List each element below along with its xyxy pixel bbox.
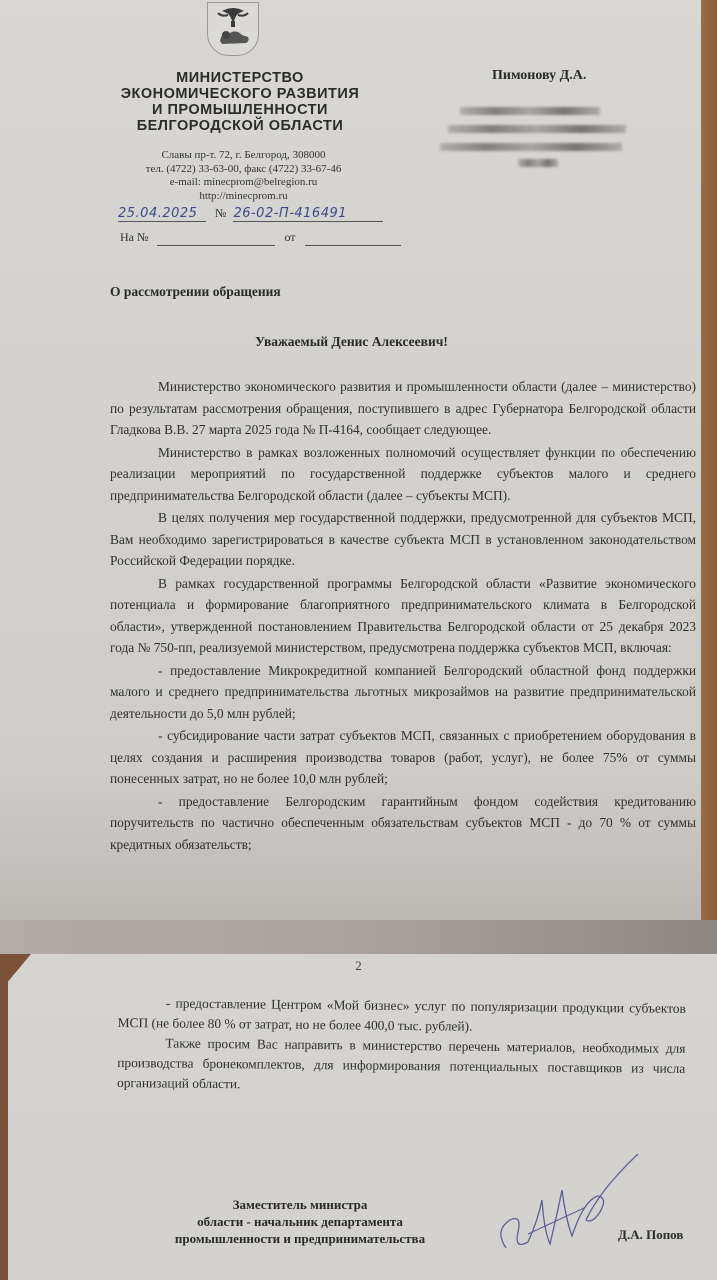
number-label: № [215,206,226,220]
title-line: Заместитель министра [130,1196,470,1213]
page-fold-shadow [0,920,717,954]
ministry-line: БЕЛГОРОДСКОЙ ОБЛАСТИ [106,118,374,134]
paragraph: В целях получения мер государственной по… [110,507,696,572]
reply-to-label: На № [120,230,148,244]
page-number: 2 [0,958,717,974]
letter-body-page-2: - предоставление Центром «Мой бизнес» ус… [117,993,686,1099]
ministry-line: МИНИСТЕРСТВО [106,70,374,86]
from-label: от [284,230,295,244]
redacted-address [440,103,630,167]
wood-surface [701,0,717,930]
reply-reference-line: На № от [120,230,401,246]
handwritten-signature-icon [488,1150,648,1260]
registration-date: 25.04.2025 [118,206,206,222]
paragraph: В рамках государственной программы Белго… [110,573,696,659]
ministry-line: И ПРОМЫШЛЕННОСТИ [106,102,374,118]
list-item: - субсидирование части затрат субъектов … [110,725,696,790]
title-line: области - начальник департамента [130,1213,470,1230]
phone-fax: тел. (4722) 33-63-00, факс (4722) 33-67-… [136,163,351,177]
signer-name: Д.А. Попов [618,1227,683,1243]
registration-number: 26-02-П-416491 [233,206,383,222]
addressee-name: Пимонову Д.А. [492,68,586,84]
paragraph: Министерство экономического развития и п… [110,376,696,441]
letter-body-page-1: Министерство экономического развития и п… [110,376,696,856]
list-item: - предоставление Центром «Мой бизнес» ус… [118,993,686,1039]
letter-subject: О рассмотрении обращения [110,284,281,300]
paragraph: Также просим Вас направить в министерств… [117,1033,686,1099]
ministry-name: МИНИСТЕРСТВО ЭКОНОМИЧЕСКОГО РАЗВИТИЯ И П… [106,70,374,134]
ministry-contacts: Славы пр-т. 72, г. Белгород, 308000 тел.… [136,149,351,203]
list-item: - предоставление Микрокредитной компание… [110,660,696,725]
belgorod-coat-of-arms-icon [207,2,259,56]
wood-surface-left [0,954,8,1280]
email: e-mail: minecprom@belregion.ru [136,176,351,190]
title-line: промышленности и предпринимательства [130,1230,470,1247]
ministry-line: ЭКОНОМИЧЕСКОГО РАЗВИТИЯ [106,86,374,102]
list-item: - предоставление Белгородским гарантийны… [110,791,696,856]
reply-date-blank [305,230,401,246]
paragraph: Министерство в рамках возложенных полном… [110,442,696,507]
registration-line: 25.04.2025 № 26-02-П-416491 [118,206,383,222]
reply-number-blank [157,230,275,246]
greeting: Уважаемый Денис Алексеевич! [0,334,703,350]
address: Славы пр-т. 72, г. Белгород, 308000 [136,149,351,163]
signatory-title: Заместитель министра области - начальник… [130,1196,470,1247]
website: http://minecprom.ru [136,190,351,204]
